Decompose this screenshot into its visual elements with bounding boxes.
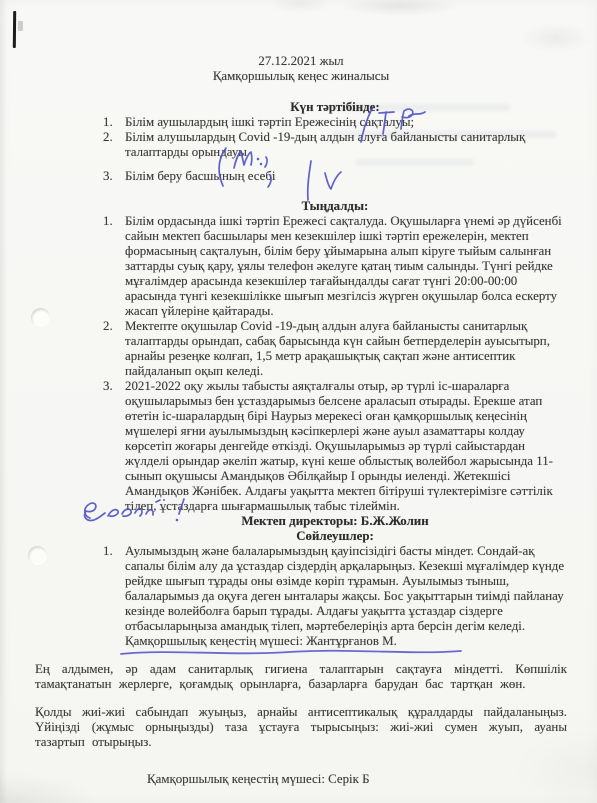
- item-number: 1.: [103, 214, 125, 229]
- item-text: Білім алушылардың Covid -19-дың алдын ал…: [125, 130, 567, 160]
- heard-item: 1. Білім ордасында ішкі тәртіп Ережесі с…: [103, 214, 567, 319]
- heard-heading: Тыңдалды:: [103, 199, 567, 214]
- underlined-member-line: Қамқоршылық кеңестің мүшесі: Жантұрғанов…: [125, 634, 397, 649]
- speaker-item: 1. Аулымыздың және балаларымыздың қауіпс…: [103, 544, 567, 649]
- scan-smudge: [18, 21, 23, 31]
- document-body: 27.12.2021 жыл Қамқоршылық кеңес жиналыс…: [35, 0, 567, 787]
- speakers-list: 1. Аулымыздың және балаларымыздың қауіпс…: [103, 544, 567, 649]
- pen-underline-stroke: [119, 647, 463, 657]
- agenda-list: 1. Білім аушылардың ішкі тәртіп Ережесін…: [103, 115, 567, 184]
- director-line: Мектеп директоры: Б.Ж.Жолин: [103, 514, 567, 529]
- item-text: Аулымыздың және балаларымыздың қауіпсізі…: [125, 544, 567, 649]
- speaker-text: Аулымыздың және балаларымыздың қауіпсізі…: [125, 544, 564, 633]
- item-text: Мектепте оқушылар Covid -19-дың алдын ал…: [125, 319, 567, 379]
- agenda-item: 1. Білім аушылардың ішкі тәртіп Ережесін…: [103, 115, 567, 130]
- item-text: Білім ордасында ішкі тәртіп Ережесі сақт…: [125, 214, 567, 319]
- item-number: 1.: [103, 544, 125, 559]
- document-title: Қамқоршылық кеңес жиналысы: [35, 69, 567, 84]
- speakers-heading: Сөйлеушлер:: [103, 529, 567, 544]
- heard-item: 2. Мектепте оқушылар Covid -19-дың алдын…: [103, 319, 567, 379]
- agenda-item: 3. Білім беру басшының есебі: [103, 169, 567, 184]
- item-text: Білім аушылардың ішкі тәртіп Ережесінің …: [125, 115, 567, 130]
- signature-line: Қамқоршылық кеңестің мүшесі: Серік Б: [147, 772, 567, 787]
- scan-pen-mark: [13, 11, 16, 48]
- item-number: 3.: [103, 379, 125, 394]
- heard-list: 1. Білім ордасында ішкі тәртіп Ережесі с…: [103, 214, 567, 514]
- agenda-item: 2. Білім алушылардың Covid -19-дың алдын…: [103, 130, 567, 160]
- item-number: 3.: [103, 169, 125, 184]
- item-number: 2.: [103, 130, 125, 145]
- agenda-heading: Күн тәртібінде:: [103, 100, 567, 115]
- item-text: 2021-2022 оқу жылы табысты аяқталғалы от…: [125, 379, 567, 514]
- member-line-text: Қамқоршылық кеңестің мүшесі: Жантұрғанов…: [125, 634, 397, 648]
- item-text: Білім беру басшының есебі: [125, 169, 567, 184]
- scanned-document-page: 27.12.2021 жыл Қамқоршылық кеңес жиналыс…: [0, 0, 597, 803]
- heard-item: 3. 2021-2022 оқу жылы табысты аяқталғалы…: [103, 379, 567, 514]
- closing-paragraph: Ең алдымен, әр адам санитарлық гигиена т…: [35, 662, 567, 692]
- closing-paragraph: Қолды жиі-жиі сабындап жуыңыз, арнайы ан…: [35, 705, 567, 750]
- item-number: 1.: [103, 115, 125, 130]
- date-line: 27.12.2021 жыл: [35, 54, 567, 69]
- item-number: 2.: [103, 319, 125, 334]
